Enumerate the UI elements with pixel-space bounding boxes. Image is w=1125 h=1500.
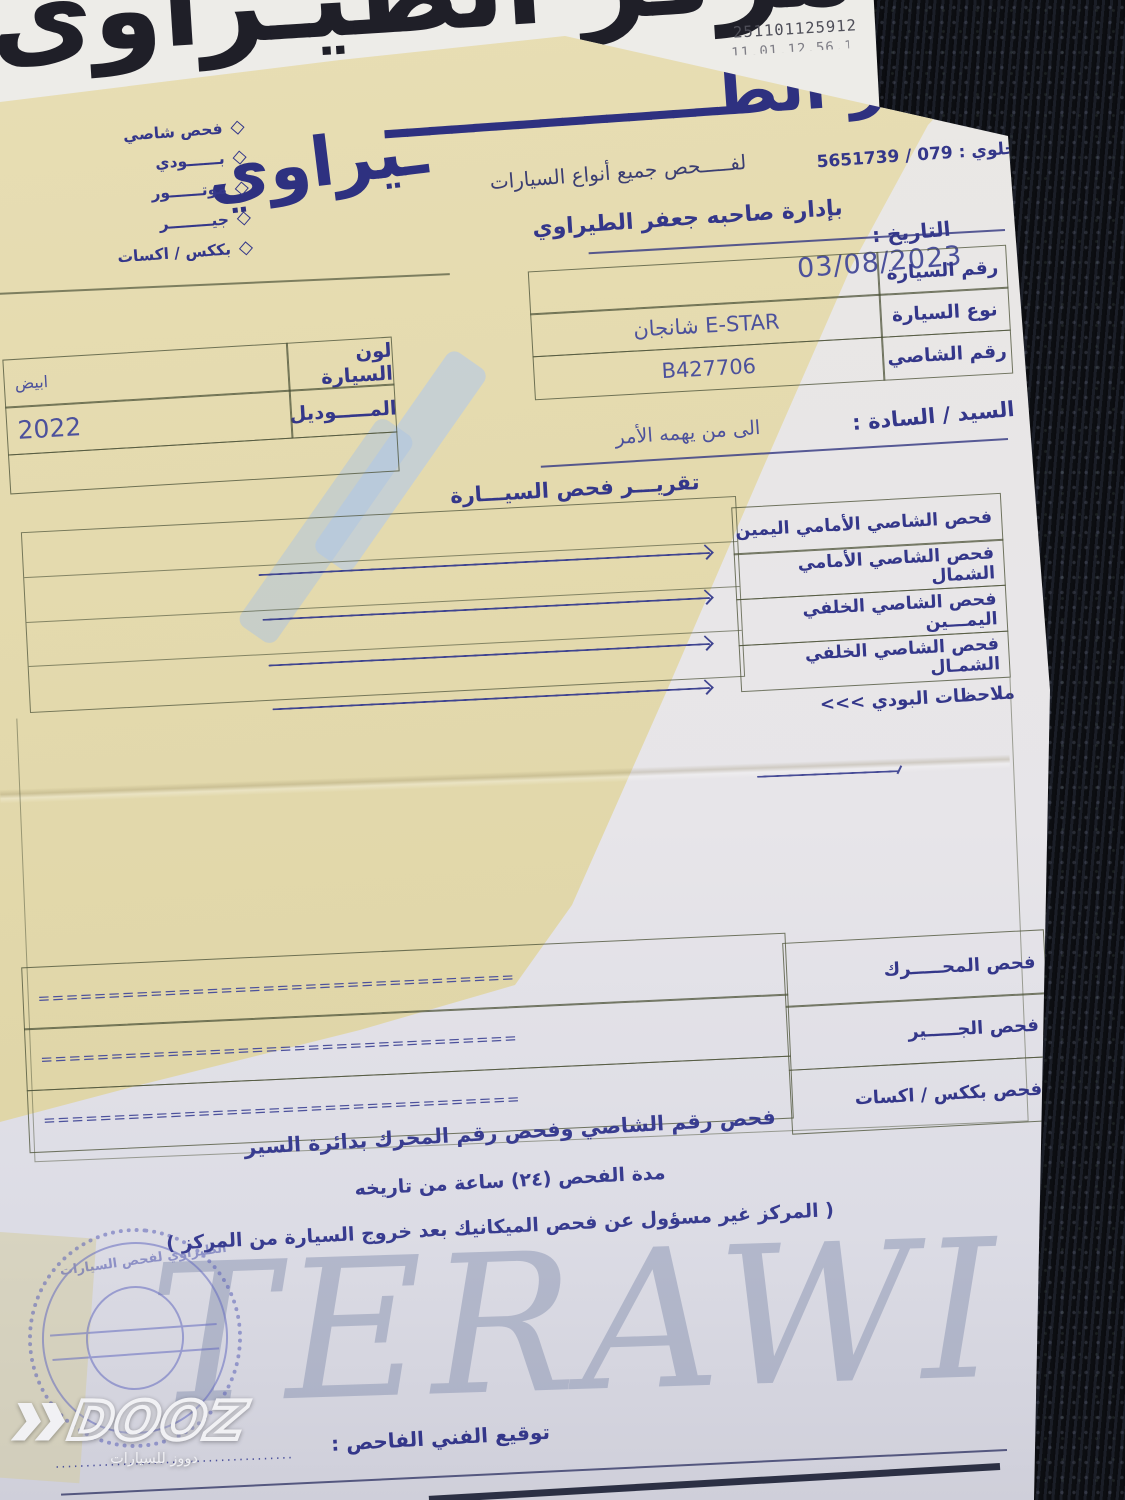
bottom-dark-edge-line: [429, 1463, 1000, 1500]
axle-check-label: فحص بككس / اكسات: [789, 1056, 1054, 1135]
vehicle-info-table: رقم السيارة نوع السيارة E-STAR شانجان رق…: [528, 245, 1013, 400]
service-label: بــــــودي: [154, 144, 225, 179]
dooz-arabic-tagline: دووز للسيارات: [14, 1451, 294, 1467]
service-label: جيــــــــر: [158, 204, 229, 239]
mechanical-labels-column: فحص المحـــــرك فحص الجـــــير فحص بككس …: [782, 929, 1054, 1134]
dooz-chevron-icon: [11, 1403, 45, 1441]
dooz-brand-wordmark: DOOZ: [65, 1395, 251, 1448]
chassis-number-label: رقم الشاصي: [881, 329, 1013, 380]
chassis-report-box: [21, 496, 745, 713]
chassis-labels-column: فحص الشاصي الأمامي اليمين فحص الشاصي الأ…: [731, 493, 1011, 693]
model-label: المـــــوديل: [289, 384, 398, 439]
color-label: لون السيارة: [286, 337, 395, 392]
addressee-label: السيد / السادة :: [851, 397, 1015, 435]
inspection-form-paper: TERAWI الطيراوي لفحص السيارات مركز الطــ…: [0, 0, 1125, 1500]
dooz-logo: DOOZ دووز للسيارات: [14, 1395, 294, 1467]
dooz-wordmark-row: DOOZ: [9, 1395, 298, 1448]
vehicle-color-model-table: لون السيارة ابيض المـــــوديل 2022: [2, 337, 399, 495]
services-list: فحص شاصي بــــــودي موتــــــور جيــــــ…: [17, 112, 252, 278]
footer-note-validity: مدة الفحص (٢٤) ساعة من تاريخه: [285, 1158, 736, 1204]
